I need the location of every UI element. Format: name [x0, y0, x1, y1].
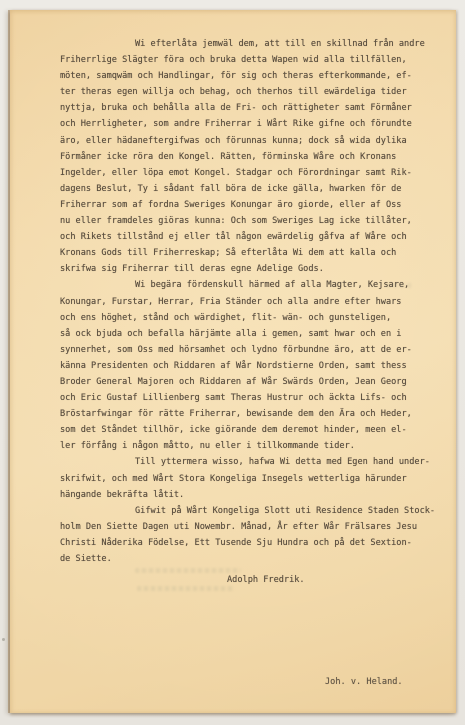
document-line: holm Den Siette Dagen uti Nowembr. Månad…	[60, 519, 432, 535]
document-line: Friherrlige Slägter föra och bruka detta…	[60, 52, 432, 68]
document-line: dagens Beslut, Ty i sådant fall böra de …	[60, 181, 432, 197]
document-line: och Eric Gustaf Lillienberg samt Theras …	[60, 390, 432, 406]
ink-bleed-smudge	[137, 586, 235, 591]
document-line: Wi begära fördenskull härmed af alla Mag…	[60, 277, 432, 293]
royal-signature: Adolph Fredrik.	[227, 572, 305, 588]
document-line: Broder General Majoren och Riddaren af W…	[60, 374, 432, 390]
document-line: som det Ståndet tillhör, icke giörande d…	[60, 422, 432, 438]
document-line: Kronans Gods till Friherreskap; Så efter…	[60, 245, 432, 261]
document-line: ter theras egen willja och behag, och th…	[60, 84, 432, 100]
document-line: Christi Nåderika Födelse, Ett Tusende Sj…	[60, 535, 432, 551]
document-line: Förmåner icke röra den Kongel. Rätten, f…	[60, 149, 432, 165]
document-line: så ock bjuda och befalla härjämte alla i…	[60, 326, 432, 342]
ink-bleed-smudge	[386, 283, 412, 288]
document-line: Ingelder, eller löpa emot Kongel. Stadga…	[60, 165, 432, 181]
document-line: nu eller framdeles giöras kunna: Och som…	[60, 213, 432, 229]
document-line: Bröstarfwingar för rätte Friherrar, bewi…	[60, 406, 432, 422]
dust-speck	[2, 638, 5, 641]
document-line: skrifwit, och med Wårt Stora Kongeliga I…	[60, 471, 432, 487]
scanned-document-page: Wi efterlåta jemwäl dem, att till en ski…	[0, 0, 465, 725]
secretary-signature: Joh. v. Heland.	[325, 674, 403, 690]
document-line: ler förfång i någon måtto, nu eller i ti…	[60, 438, 432, 454]
document-line: Till yttermera wisso, hafwa Wi detta med…	[60, 454, 432, 470]
document-line: Gifwit på Wårt Kongeliga Slott uti Resid…	[60, 503, 432, 519]
document-line: känna Presidenten och Riddaren af Wår No…	[60, 358, 432, 374]
document-paper: Wi efterlåta jemwäl dem, att till en ski…	[10, 10, 456, 713]
document-text-block: Wi efterlåta jemwäl dem, att till en ski…	[60, 36, 432, 567]
document-line: de Siette.	[60, 551, 432, 567]
document-line: nyttja, bruka och behålla alla de Fri- o…	[60, 100, 432, 116]
document-line: skrifwa sig Friherrar till deras egne Ad…	[60, 261, 432, 277]
document-line: möten, samqwäm och Handlingar, för sig o…	[60, 68, 432, 84]
document-line: hängande bekräfta låtit.	[60, 487, 432, 503]
document-line: synnerhet, som Oss med hörsamhet och lyd…	[60, 342, 432, 358]
document-line: Friherrar som af fordna Sweriges Konunga…	[60, 197, 432, 213]
document-line: och Rikets tillstånd ej eller tål någon …	[60, 229, 432, 245]
document-line: och ens höghet, stånd och wärdighet, fli…	[60, 310, 432, 326]
document-line: och Herrligheter, som andre Friherrar i …	[60, 116, 432, 132]
document-line: äro, eller hädaneftergifwas och förunnas…	[60, 133, 432, 149]
document-line: Wi efterlåta jemwäl dem, att till en ski…	[60, 36, 432, 52]
ink-bleed-smudge	[135, 568, 241, 573]
document-line: Konungar, Furstar, Herrar, Fria Ständer …	[60, 294, 432, 310]
